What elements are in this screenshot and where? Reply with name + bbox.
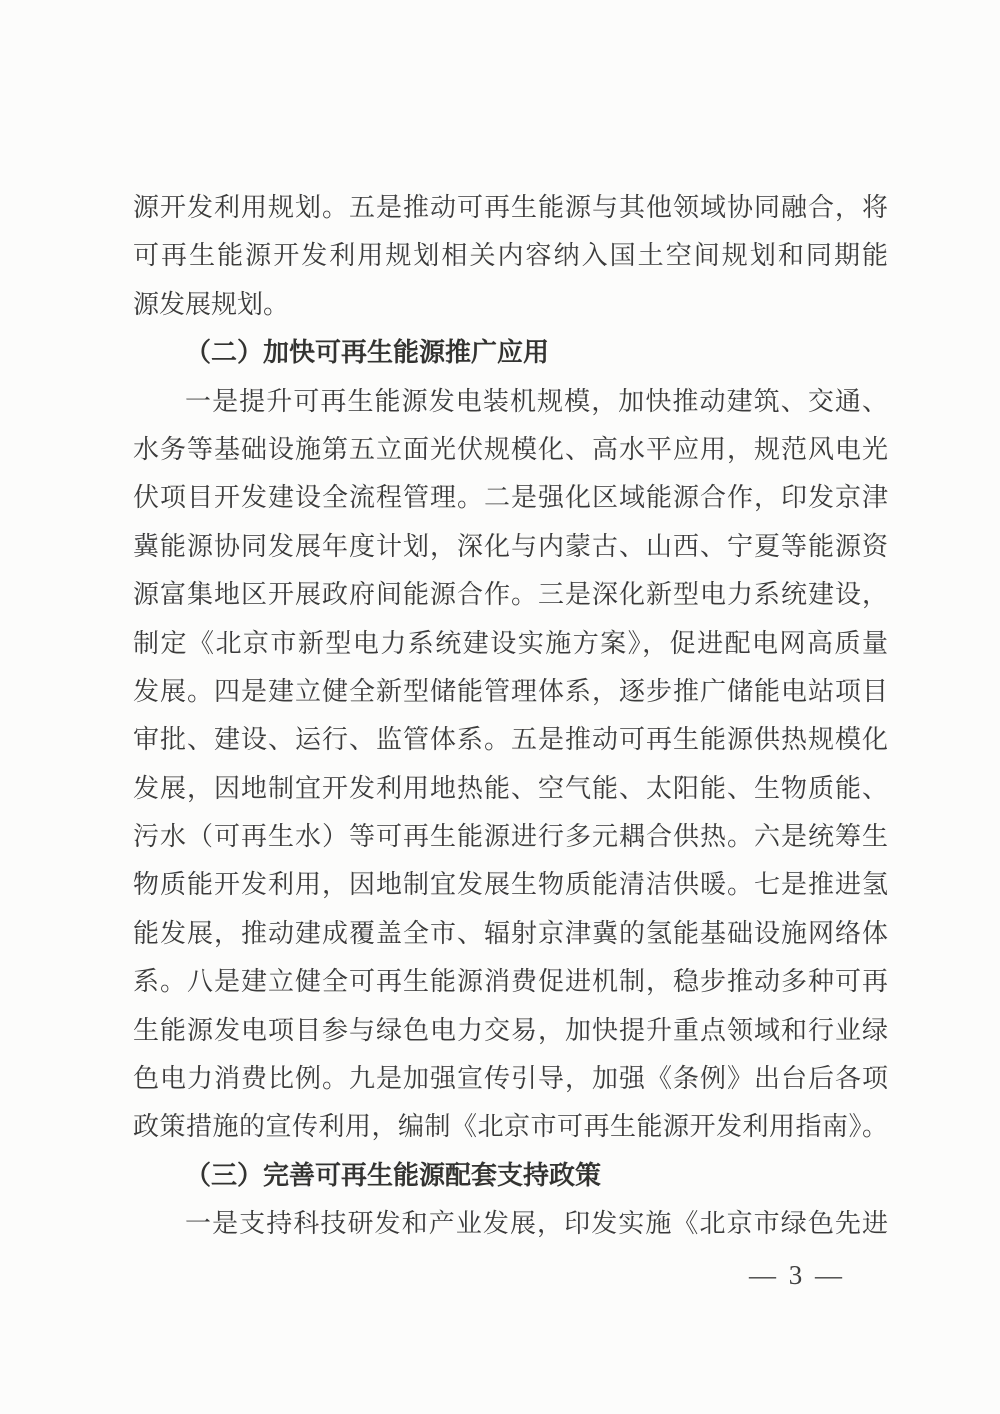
paragraph-line: 能发展，推动建成覆盖全市、辐射京津冀的氢能基础设施网络体 <box>133 910 888 958</box>
paragraph-line: 制定《北京市新型电力系统建设实施方案》，促进配电网高质量 <box>133 620 888 668</box>
paragraph-line: 一是支持科技研发和产业发展，印发实施《北京市绿色先进 <box>133 1200 888 1248</box>
paragraph-line: 冀能源协同发展年度计划，深化与内蒙古、山西、宁夏等能源资 <box>133 523 888 571</box>
section-3-heading: （三）完善可再生能源配套支持政策 <box>133 1152 888 1200</box>
paragraph-line: 发展。四是建立健全新型储能管理体系，逐步推广储能电站项目 <box>133 668 888 716</box>
paragraph-line: 政策措施的宣传利用，编制《北京市可再生能源开发利用指南》。 <box>133 1103 888 1151</box>
paragraph-line: 生能源发电项目参与绿色电力交易，加快提升重点领域和行业绿 <box>133 1007 888 1055</box>
paragraph-line: 物质能开发利用，因地制宜发展生物质能清洁供暖。七是推进氢 <box>133 861 888 909</box>
page-number: — 3 — <box>133 1258 845 1292</box>
paragraph-line: 源开发利用规划。五是推动可再生能源与其他领域协同融合，将 <box>133 184 888 232</box>
section-2-heading: （二）加快可再生能源推广应用 <box>133 329 888 377</box>
paragraph-line: 源发展规划。 <box>133 281 888 329</box>
paragraph-line: 系。八是建立健全可再生能源消费促进机制，稳步推动多种可再 <box>133 958 888 1006</box>
paragraph-line: 污水（可再生水）等可再生能源进行多元耦合供热。六是统筹生 <box>133 813 888 861</box>
document-body: 源开发利用规划。五是推动可再生能源与其他领域协同融合，将 可再生能源开发利用规划… <box>133 184 888 1249</box>
paragraph-line: 水务等基础设施第五立面光伏规模化、高水平应用，规范风电光 <box>133 426 888 474</box>
paragraph-line: 源富集地区开展政府间能源合作。三是深化新型电力系统建设， <box>133 571 888 619</box>
paragraph-line: 可再生能源开发利用规划相关内容纳入国土空间规划和同期能 <box>133 232 888 280</box>
paragraph-line: 色电力消费比例。九是加强宣传引导，加强《条例》出台后各项 <box>133 1055 888 1103</box>
paragraph-line: 一是提升可再生能源发电装机规模，加快推动建筑、交通、 <box>133 378 888 426</box>
paragraph-line: 伏项目开发建设全流程管理。二是强化区域能源合作，印发京津 <box>133 474 888 522</box>
document-page: 源开发利用规划。五是推动可再生能源与其他领域协同融合，将 可再生能源开发利用规划… <box>0 0 1000 1414</box>
paragraph-line: 审批、建设、运行、监管体系。五是推动可再生能源供热规模化 <box>133 716 888 764</box>
paragraph-line: 发展，因地制宜开发利用地热能、空气能、太阳能、生物质能、 <box>133 765 888 813</box>
